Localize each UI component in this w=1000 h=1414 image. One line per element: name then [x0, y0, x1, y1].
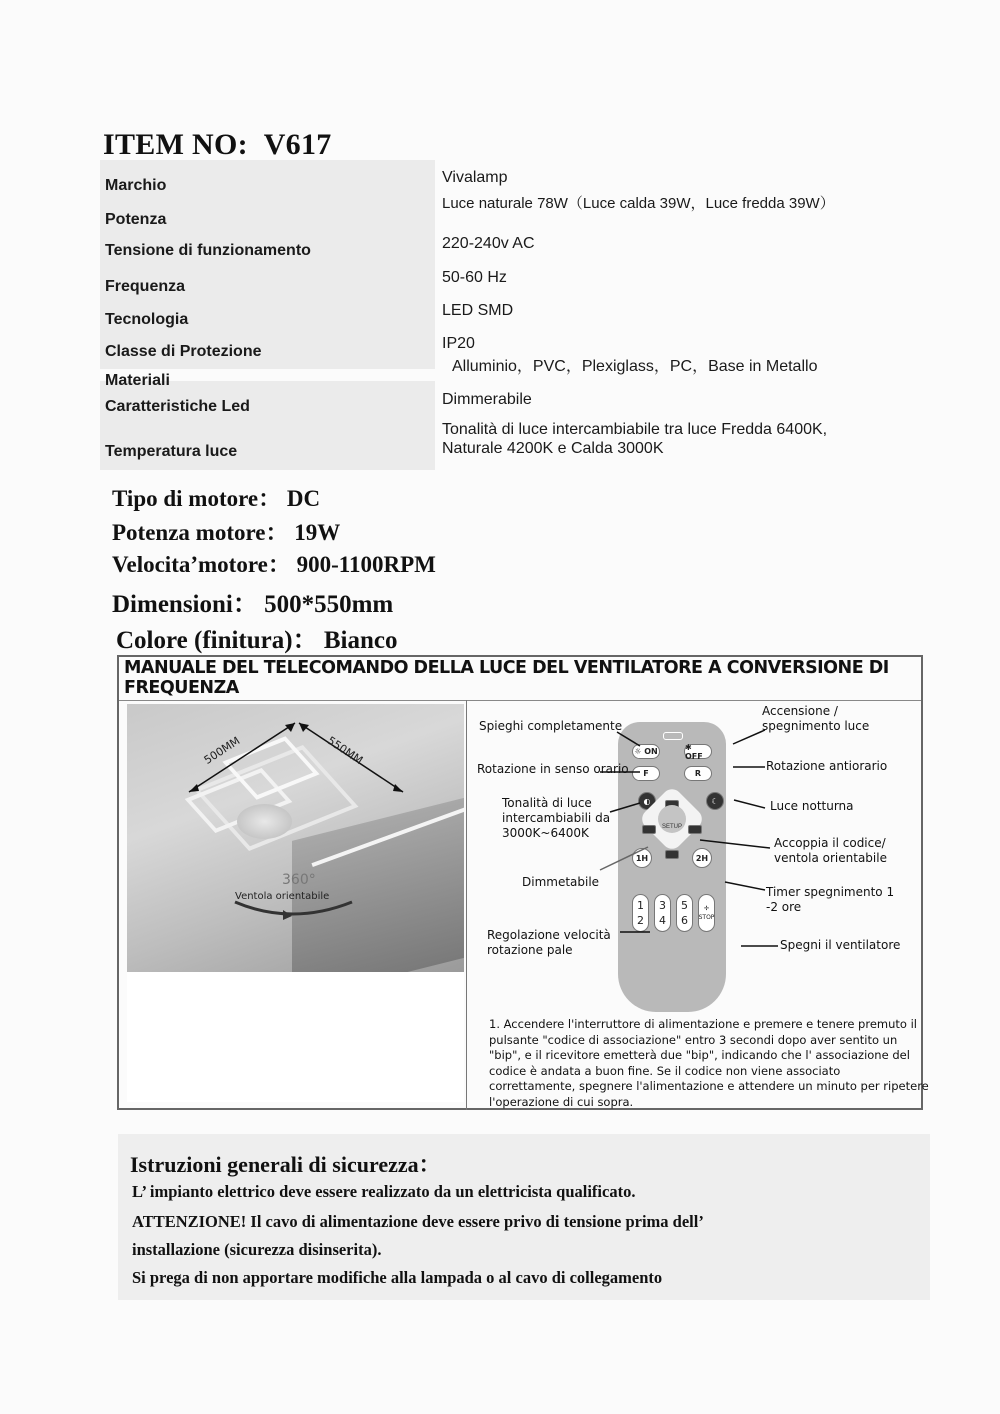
spec-value-led: Dimmerabile	[442, 390, 532, 409]
indicator-light	[663, 732, 683, 740]
fan-light-photo: 500MM 550MM 360° Ventola orientabile	[127, 704, 464, 972]
setup-pairing-button[interactable]: SETUP	[658, 805, 686, 833]
night-light-button[interactable]: ☾	[706, 792, 724, 810]
pairing-instructions: 1. Accendere l'interruttore di alimentaz…	[489, 1017, 929, 1110]
forward-rotation-button[interactable]: F	[632, 766, 660, 781]
item-number-value: V617	[264, 128, 332, 161]
spec-label-materials: Materiali	[105, 372, 170, 390]
speed-5-6-button[interactable]: 56	[676, 894, 693, 932]
spec-value-brand: Vivalamp	[442, 168, 508, 187]
spec-value-technology: LED SMD	[442, 301, 513, 320]
label-stop-fan: Spegni il ventilatore	[780, 938, 900, 953]
cool-light-button[interactable]	[688, 825, 702, 834]
label-speed: Regolazione velocità rotazione pale	[487, 928, 611, 958]
spec-value-color-temp: Tonalità di luce intercambiabile tra luc…	[442, 420, 882, 458]
timer-2h-button[interactable]: 2H	[692, 848, 712, 868]
label-unfold: Spieghi completamente	[479, 719, 622, 734]
spec-label-voltage: Tensione di funzionamento	[105, 242, 311, 260]
item-number-heading: ITEM NO: V617	[103, 128, 332, 162]
safety-line: ATTENZIONE! Il cavo di alimentazione dev…	[132, 1212, 704, 1232]
spec-label-technology: Tecnologia	[105, 311, 188, 329]
spec-label-frequency: Frequenza	[105, 278, 185, 296]
safety-title: Istruzioni generali di sicurezza：	[130, 1148, 441, 1179]
timer-1h-button[interactable]: 1H	[632, 848, 652, 868]
label-night-light: Luce notturna	[770, 799, 854, 814]
remote-manual-title: MANUALE DEL TELECOMANDO DELLA LUCE DEL V…	[124, 658, 1000, 698]
spec-value-materials: Alluminio，PVC，Plexiglass，PC，Base in Meta…	[452, 357, 817, 376]
remote-control: ☼ ON ✱ OFF F R ◐ ☾ SETUP 1H 2H 12 34 56 …	[618, 722, 726, 1012]
label-clockwise: Rotazione in senso orario	[477, 762, 629, 777]
label-counterclockwise: Rotazione antiorario	[766, 759, 887, 774]
speed-3-4-button[interactable]: 34	[654, 894, 671, 932]
label-timer: Timer spegnimento 1 -2 ore	[766, 885, 894, 915]
spec-label-brand: Marchio	[105, 177, 166, 195]
speed-1-2-button[interactable]: 12	[632, 894, 649, 932]
safety-line: Si prega di non apportare modifiche alla…	[132, 1268, 662, 1288]
spec-label-protection: Classe di Protezione	[105, 343, 262, 361]
fan-icon: ✢	[704, 905, 709, 912]
warm-light-button[interactable]	[642, 825, 656, 834]
spec-value-voltage: 220-240v AC	[442, 234, 535, 253]
light-on-button[interactable]: ☼ ON	[632, 744, 660, 759]
safety-line: L’ impianto elettrico deve essere realiz…	[132, 1182, 635, 1202]
motor-power: Potenza motore： 19W	[112, 514, 340, 547]
label-color-temp: Tonalità di luce intercambiabili da 3000…	[502, 796, 610, 841]
item-number-label: ITEM NO:	[103, 128, 248, 161]
finish-color: Colore (finitura)： Bianco	[116, 620, 397, 656]
brightness-down-button[interactable]	[665, 850, 679, 859]
rotation-degrees-label: 360°	[282, 872, 316, 888]
safety-line: installazione (sicurezza disinserita).	[132, 1240, 381, 1260]
rotation-caption: Ventola orientabile	[235, 891, 329, 902]
fan-stop-button[interactable]: ✢STOP	[698, 894, 715, 932]
spec-value-protection: IP20	[442, 334, 475, 353]
motor-speed: Velocita’motore： 900-1100RPM	[112, 546, 436, 579]
dimensions: Dimensioni： 500*550mm	[112, 584, 393, 620]
light-off-button[interactable]: ✱ OFF	[684, 744, 712, 759]
spec-label-color-temp: Temperatura luce	[105, 443, 237, 461]
label-light-power: Accensione / spegnimento luce	[762, 704, 869, 734]
spec-label-led: Caratteristiche Led	[105, 398, 250, 416]
spec-value-frequency: 50-60 Hz	[442, 268, 507, 287]
spec-label-power: Potenza	[105, 211, 166, 229]
motor-type: Tipo di motore： DC	[112, 480, 320, 513]
spec-value-power: Luce naturale 78W（Luce calda 39W，Luce fr…	[442, 194, 835, 213]
reverse-rotation-button[interactable]: R	[684, 766, 712, 781]
label-pairing: Accoppia il codice/ ventola orientabile	[774, 836, 887, 866]
label-dimmable: Dimmetabile	[522, 875, 599, 890]
